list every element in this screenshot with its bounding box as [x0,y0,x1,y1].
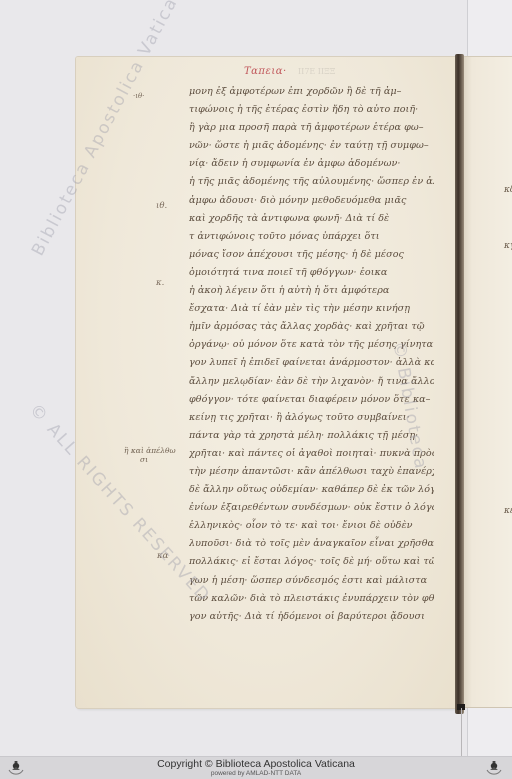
facing-page [462,56,512,708]
image-viewer[interactable]: κδ. κγ. κε. Ταπεια· ΙΙ7Ε ΙΙΞΞ ·ιθ· ιθ. κ… [0,0,512,756]
text-line: ἑλληνικὸς· οἷον τὸ τε· καὶ τοι· ἔνιοι δὲ… [189,517,434,535]
powered-by-text: powered by AMLAD-NTT DATA [0,770,512,777]
text-line: ἀμφω ἀδουσι· διὸ μόνην μεθοδευόμεθα μιᾶς [189,192,434,210]
text-line: τῶν καλῶν· διὰ τὸ πλειστάκις ἐνυπάρχειν … [189,590,434,608]
text-line: τὴν μέσην ἀπαντῶσι· κἂν ἀπέλθωσι ταχὺ ἐπ… [189,463,434,481]
margin-note: ἢ καὶ ἀπέλθω σι [124,446,176,464]
text-line: τ ἀντιφώνοις τοῦτο μόνας ὑπάρχει ὅτι [189,228,434,246]
text-line: ὁμοιότητά τινα ποιεῖ τῆ φθόγγων· ἐοικα [189,264,434,282]
margin-note-line: ἢ καὶ ἀπέλθω [124,446,176,455]
text-line: δὲ ἄλλην οὕτως οὐδεμίαν· καθάπερ δὲ ἐκ τ… [189,481,434,499]
text-line: λυποῦσι· διὰ τὸ τοῖς μὲν ἀναγκαῖον εἶναι… [189,535,434,553]
text-line: χρῆται· καὶ πάντες οἱ ἀγαθοὶ ποιηταὶ· πυ… [189,445,434,463]
text-line: ἢ γὰρ μια προσῆ παρὰ τῆ ἀμφοτέρων ἑτέρα … [189,119,434,137]
running-header: Ταπεια· [244,66,287,77]
text-line: γον λυπεῖ ἡ ἐπιδεῖ φαίνεται ἀνάρμοστον· … [189,354,434,372]
text-line: ἡμῖν ἁρμόσας τὰς ἄλλας χορδὰς· καὶ χρῆτα… [189,318,434,336]
facing-margin-numeral: κγ. [504,241,512,251]
text-line: γων ἡ μέση· ὥσπερ σύνδεσμός ἐστι καὶ μάλ… [189,572,434,590]
facing-margin-numeral: κδ. [504,185,512,195]
text-line: ἡ ἀκοὴ λέγειν ὅτι ἡ αὐτὴ ἡ ὅτι ἀμφότερα [189,282,434,300]
text-line: ἔσχατα· Διὰ τί ἐὰν μὲν τὶς τὴν μέσην κιν… [189,300,434,318]
text-line: κείνῃ τις χρῆται· ἢ ἀλόγως τοῦτο συμβαίν… [189,409,434,427]
facing-margin-numeral: κε. [504,506,512,516]
text-line: γον αὐτῆς· Διὰ τί ἠδόμενοι οἱ βαρύτεροι … [189,608,434,626]
text-line: φθόγγον· τότε φαίνεται διαφέρειν μόνον ὅ… [189,391,434,409]
text-line: τιφώνοις ἡ τῆς ἑτέρας ἐστὶν ἤδη τὸ αὐτο … [189,101,434,119]
copyright-text: Copyright © Biblioteca Apostolica Vatica… [0,758,512,770]
text-line: ἐνίων ἐξαιρεθέντων συνδέσμων· οὐκ ἔστιν … [189,499,434,517]
footer-bar: Copyright © Biblioteca Apostolica Vatica… [0,756,512,779]
text-line: νῶν· ὥστε ἡ μιᾶς ἀδομένης· ἐν ταύτῃ τῇ σ… [189,137,434,155]
text-line: μονη ἐξ ἀμφοτέρων ἐπι χορδῶν ἢ δὲ τῆ ἀμ– [189,83,434,101]
text-line: πολλάκις· εἰ ἔσται λόγος· τοῖς δὲ μή· οὕ… [189,553,434,571]
manuscript-text-block: μονη ἐξ ἀμφοτέρων ἐπι χορδῶν ἢ δὲ τῆ ἀμ–… [189,83,434,626]
margin-numeral: κα [157,551,168,561]
gutter-line [461,708,462,756]
margin-note-line: σι [124,455,176,464]
text-line: νίᾳ· ἄδειν ἡ συμφωνία ἐν ἀμφω ἀδομένων· [189,155,434,173]
margin-numeral: ιθ. [156,201,167,211]
running-header-faint: ΙΙ7Ε ΙΙΞΞ [298,67,335,76]
binding-gutter [455,54,464,714]
text-line: μόνας ἴσον ἀπέχουσι τῆς μέσης· ἡ δὲ μέσο… [189,246,434,264]
text-line: καὶ χορδῆς τὰ ἀντιφωνα φωνῆ· Διὰ τί δὲ [189,210,434,228]
text-line: ὀργάνῳ· οὐ μόνον ὅτε κατὰ τὸν τῆς μέσης … [189,336,434,354]
margin-numeral: κ. [156,278,164,288]
vatican-library-logo-icon [484,758,504,778]
text-line: ἡ τῆς μιᾶς ἀδομένης τῆς αὐλουμένης· ὥσπε… [189,173,434,191]
text-line: ἄλλην μελῳδίαν· ἐὰν δὲ τὴν λιχανὸν· ἤ τι… [189,373,434,391]
margin-mark: ·ιθ· [133,92,144,100]
text-line: πάντα γὰρ τὰ χρηστὰ μέλη· πολλάκις τῇ μέ… [189,427,434,445]
